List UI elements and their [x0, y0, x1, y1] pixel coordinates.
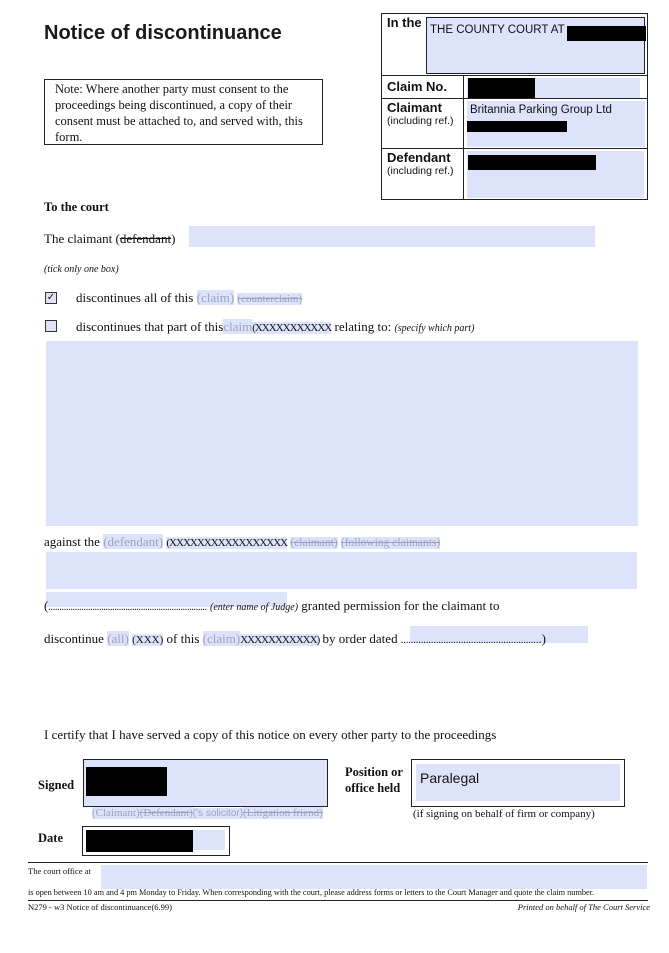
claim-no-label: Claim No. [387, 79, 447, 94]
court-office-label: The court office at [28, 866, 91, 876]
date-label: Date [38, 831, 63, 846]
claim-toggle[interactable]: (claim) [197, 290, 235, 305]
position-label: Position oroffice held [345, 764, 403, 796]
claimant-label: Claimant(including ref.) [387, 100, 454, 128]
date-field-frame [82, 826, 230, 856]
position-field[interactable]: Paralegal [416, 764, 620, 801]
xs-toggle-part[interactable]: (XXXXXXXXXXX [252, 322, 331, 334]
defendant-toggle[interactable]: (defendant) [103, 534, 163, 549]
redacted-claimant-ref [467, 121, 567, 132]
footer-divider [28, 862, 648, 863]
form-code: N279 - w3 Notice of discontinuance(6.99) [28, 902, 172, 912]
xxx-toggle[interactable]: (XXX) [132, 634, 163, 646]
consent-note: Note: Where another party must consent t… [44, 79, 323, 145]
claimant-line: The claimant (defendant) [44, 231, 175, 247]
claimant-name-field[interactable] [189, 226, 595, 247]
signer-role-options: (Claimant)(Defendant)('s solicitor)(Liti… [92, 807, 323, 819]
following-claimants-toggle[interactable]: (following claimants) [341, 537, 440, 549]
date-field[interactable] [86, 830, 225, 850]
in-the-label: In the [387, 15, 422, 30]
signature-field[interactable] [83, 759, 328, 807]
position-hint: (if signing on behalf of firm or company… [413, 808, 595, 820]
page-title: Notice of discontinuance [44, 22, 282, 45]
defendant-struck: defendant [120, 231, 171, 246]
certify-statement: I certify that I have served a copy of t… [44, 727, 496, 743]
position-field-frame: Paralegal [411, 759, 625, 807]
defendant-label: Defendant(including ref.) [387, 150, 454, 178]
court-office-field[interactable] [101, 865, 647, 889]
counterclaim-toggle[interactable]: (counterclaim) [237, 293, 302, 305]
xs-toggle-order[interactable]: XXXXXXXXXXX) [240, 634, 319, 646]
xs-toggle-against[interactable]: (XXXXXXXXXXXXXXXXX [166, 537, 287, 549]
against-party-field[interactable] [46, 552, 637, 589]
redacted-signature [86, 767, 167, 796]
option-part-line: discontinues that part of thisclaim(XXXX… [76, 319, 474, 335]
redacted-claim-no [468, 78, 535, 98]
court-row: In the THE COUNTY COURT AT [382, 14, 647, 75]
discontinue-part-checkbox[interactable] [45, 320, 57, 332]
defendant-field[interactable] [467, 151, 644, 198]
claimant-row: Claimant(including ref.) Britannia Parki… [382, 99, 647, 149]
case-header-table: In the THE COUNTY COURT AT Claim No. Cla… [381, 13, 648, 200]
judge-line: (.......................................… [44, 598, 499, 614]
printed-by: Printed on behalf of The Court Service [518, 902, 650, 912]
redacted-date [86, 830, 193, 852]
discontinue-all-checkbox[interactable]: ✓ [45, 292, 57, 304]
tick-hint: (tick only one box) [44, 264, 119, 275]
role-claimant[interactable]: (Claimant) [92, 807, 140, 819]
discontinue-line: discontinue (all) (XXX) of this (claim)X… [44, 631, 546, 647]
claim-no-field[interactable] [467, 78, 640, 98]
claim-toggle-part[interactable]: claim [223, 319, 252, 334]
against-line: against the (defendant) (XXXXXXXXXXXXXXX… [44, 534, 440, 550]
to-court-heading: To the court [44, 200, 109, 215]
claimant-field[interactable]: Britannia Parking Group Ltd [467, 101, 645, 147]
opening-hours-text: is open between 10 am and 4 pm Monday to… [28, 888, 594, 897]
role-solicitor[interactable]: ('s solicitor) [193, 808, 243, 819]
claimant-value: Britannia Parking Group Ltd [470, 104, 612, 116]
claimant-toggle[interactable]: (claimant) [290, 537, 337, 549]
claim-no-row: Claim No. [382, 75, 647, 99]
defendant-row: Defendant(including ref.) [382, 149, 647, 199]
redacted-defendant [468, 155, 596, 170]
claim-toggle-order[interactable]: (claim) [203, 631, 241, 646]
footer-divider-2 [28, 900, 648, 901]
specify-part-textarea[interactable] [46, 341, 638, 526]
role-litigation-friend[interactable]: (Litigation friend) [243, 807, 323, 819]
position-value: Paralegal [420, 770, 479, 786]
all-toggle[interactable]: (all) [107, 631, 129, 646]
role-defendant[interactable]: (Defendant) [140, 807, 193, 819]
redacted-court-name [567, 26, 646, 41]
court-field[interactable]: THE COUNTY COURT AT [426, 17, 645, 74]
option-all-line: discontinues all of this (claim) (counte… [76, 290, 302, 306]
signed-label: Signed [38, 778, 74, 793]
checkmark-icon: ✓ [47, 292, 55, 303]
court-value: THE COUNTY COURT AT [430, 24, 565, 36]
